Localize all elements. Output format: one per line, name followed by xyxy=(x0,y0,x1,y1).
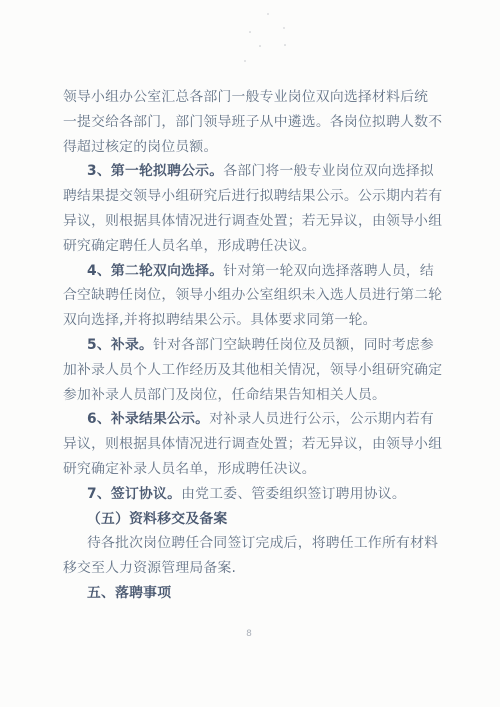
body-text: 参加补录人员部门及岗位，任命结果告知相关人员。 xyxy=(63,387,386,403)
page-number: 8 xyxy=(241,629,257,639)
text-line: 异议，则根据具体情况进行调查处置；若无异议，由领导小组 xyxy=(63,432,437,457)
text-line: 参加补录人员部门及岗位，任命结果告知相关人员。 xyxy=(63,383,437,408)
scan-speck xyxy=(283,27,285,29)
body-text: 合空缺聘任岗位，领导小组办公室组织未入选人员进行第二轮 xyxy=(63,287,442,303)
scan-speck xyxy=(259,45,261,47)
body-text: 双向选择,并将拟聘结果公示。具体要求同第一轮。 xyxy=(63,312,377,328)
heading-text: 3、第一轮拟聘公示。 xyxy=(87,163,223,179)
body-text: 聘结果提交领导小组研究后进行拟聘结果公示。公示期内若有 xyxy=(63,188,442,204)
text-line: 7、签订协议。由党工委、管委组织签订聘用协议。 xyxy=(63,482,437,507)
scan-speck xyxy=(284,44,286,46)
text-line: 移交至人力资源管理局备案. xyxy=(63,556,437,581)
text-line: 五、落聘事项 xyxy=(63,581,437,606)
heading-text: 5、补录。 xyxy=(87,337,153,353)
heading-text: 4、第二轮双向选择。 xyxy=(87,263,223,279)
text-line: 4、第二轮双向选择。针对第一轮双向选择落聘人员，结 xyxy=(63,259,437,284)
body-text: 待各批次岗位聘任合同签订完成后，将聘任工作所有材料 xyxy=(87,535,438,551)
scan-speck xyxy=(267,13,269,15)
body-text: 各部门将一般专业岗位双向选择拟 xyxy=(223,163,434,179)
heading-text: 6、补录结果公示。 xyxy=(87,411,209,427)
text-line: （五）资料移交及备案 xyxy=(63,507,437,532)
heading-text: 7、签订协议。 xyxy=(87,486,181,502)
body-text: 一提交给各部门，部门领导班子从中遴选。各岗位拟聘人数不 xyxy=(63,114,442,130)
text-line: 5、补录。针对各部门空缺聘任岗位及员额，同时考虑参 xyxy=(63,333,437,358)
text-line: 加补录人员个人工作经历及其他相关情况，领导小组研究确定 xyxy=(63,358,437,383)
text-line: 一提交给各部门，部门领导班子从中遴选。各岗位拟聘人数不 xyxy=(63,110,437,135)
body-text: 研究确定补录人员名单，形成聘任决议。 xyxy=(63,461,316,477)
text-line: 3、第一轮拟聘公示。各部门将一般专业岗位双向选择拟 xyxy=(63,159,437,184)
heading-text: （五）资料移交及备案 xyxy=(87,511,227,527)
body-text: 移交至人力资源管理局备案. xyxy=(63,560,236,576)
body-text: 由党工委、管委组织签订聘用协议。 xyxy=(181,486,406,502)
text-line: 待各批次岗位聘任合同签订完成后，将聘任工作所有材料 xyxy=(63,531,437,556)
document-text-block: 领导小组办公室汇总各部门一般专业岗位双向选择材料后统 一提交给各部门，部门领导班… xyxy=(63,85,437,606)
scan-speck xyxy=(244,60,246,62)
text-line: 领导小组办公室汇总各部门一般专业岗位双向选择材料后统 xyxy=(63,85,437,110)
document-page: 领导小组办公室汇总各部门一般专业岗位双向选择材料后统 一提交给各部门，部门领导班… xyxy=(0,0,500,707)
body-text: 异议，则根据具体情况进行调查处置；若无异议，由领导小组 xyxy=(63,436,442,452)
text-line: 合空缺聘任岗位，领导小组办公室组织未入选人员进行第二轮 xyxy=(63,283,437,308)
text-line: 双向选择,并将拟聘结果公示。具体要求同第一轮。 xyxy=(63,308,437,333)
body-text: 针对第一轮双向选择落聘人员，结 xyxy=(223,263,434,279)
text-line: 研究确定补录人员名单，形成聘任决议。 xyxy=(63,457,437,482)
body-text: 针对各部门空缺聘任岗位及员额，同时考虑参 xyxy=(153,337,434,353)
body-text: 加补录人员个人工作经历及其他相关情况，领导小组研究确定 xyxy=(63,362,442,378)
body-text: 对补录人员进行公示，公示期内若有 xyxy=(209,411,434,427)
text-line: 聘结果提交领导小组研究后进行拟聘结果公示。公示期内若有 xyxy=(63,184,437,209)
text-line: 6、补录结果公示。对补录人员进行公示，公示期内若有 xyxy=(63,407,437,432)
heading-text: 五、落聘事项 xyxy=(87,585,171,601)
text-line: 研究确定聘任人员名单，形成聘任决议。 xyxy=(63,234,437,259)
text-line: 异议，则根据具体情况进行调查处置；若无异议，由领导小组 xyxy=(63,209,437,234)
body-text: 领导小组办公室汇总各部门一般专业岗位双向选择材料后统 xyxy=(63,89,428,105)
text-line: 得超过核定的岗位员额。 xyxy=(63,135,437,160)
body-text: 得超过核定的岗位员额。 xyxy=(63,139,218,155)
body-text: 异议，则根据具体情况进行调查处置；若无异议，由领导小组 xyxy=(63,213,442,229)
body-text: 研究确定聘任人员名单，形成聘任决议。 xyxy=(63,238,316,254)
scan-speck xyxy=(249,31,251,33)
